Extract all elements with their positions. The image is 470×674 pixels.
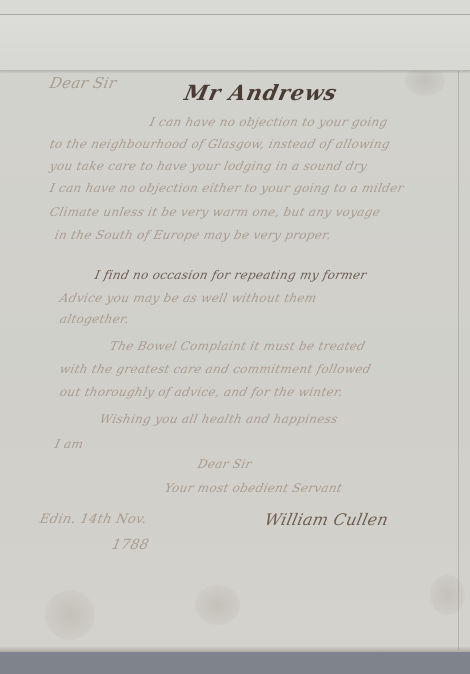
- body-line: Wishing you all health and happiness: [99, 412, 340, 426]
- body-line: altogether.: [59, 312, 131, 326]
- date-line: Edin. 14th Nov.: [38, 512, 148, 527]
- body-line: you take care to have your lodging in a …: [49, 159, 369, 173]
- body-line: Advice you may be as well without them: [59, 291, 319, 305]
- body-line: Climate unless it be very warm one, but …: [49, 205, 382, 219]
- addressee: Mr Andrews: [182, 80, 340, 105]
- body-line: in the South of Europe may be very prope…: [54, 228, 333, 242]
- body-line: I find no occasion for repeating my form…: [94, 268, 368, 282]
- top-strip: [0, 0, 470, 15]
- signature: William Cullen: [263, 510, 390, 529]
- water-stain: [195, 585, 240, 625]
- folded-flap: [0, 15, 470, 71]
- page-edge: [458, 70, 459, 650]
- letter-sheet: [0, 70, 470, 652]
- body-line: The Bowel Complaint it must be treated: [109, 339, 367, 353]
- body-line: to the neighbourhood of Glasgow, instead…: [49, 137, 392, 151]
- backdrop: [0, 652, 470, 674]
- water-stain: [45, 590, 95, 640]
- body-line: I can have no objection either to your g…: [49, 181, 406, 195]
- salutation: Dear Sir: [48, 74, 118, 92]
- body-line: I am: [54, 437, 85, 451]
- body-line: I can have no objection to your going: [149, 115, 390, 129]
- body-line: with the greatest care and commitment fo…: [59, 362, 373, 376]
- closing-line: Dear Sir: [197, 457, 254, 471]
- closing-line: Your most obedient Servant: [164, 481, 344, 495]
- date-year: 1788: [110, 537, 150, 553]
- water-stain: [430, 575, 465, 615]
- body-line: out thoroughly of advice, and for the wi…: [59, 385, 345, 399]
